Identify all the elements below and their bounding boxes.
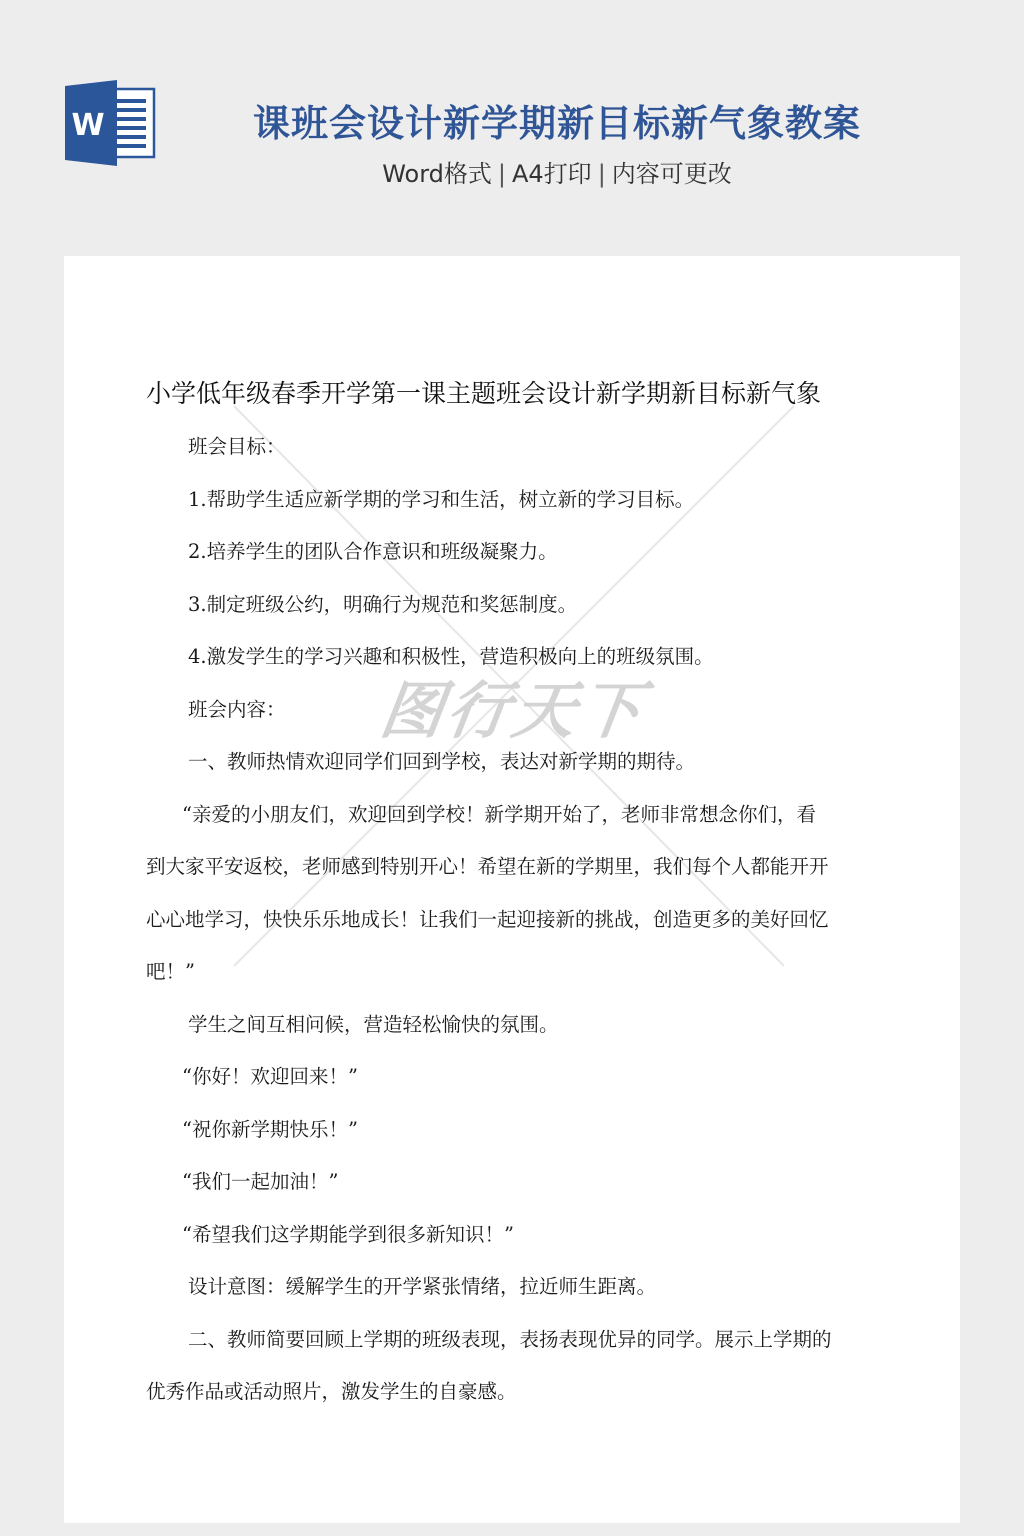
- document-title: 小学低年级春季开学第一课主题班会设计新学期新目标新气象: [146, 374, 886, 410]
- paragraph-line: 心心地学习，快快乐乐地成长！让我们一起迎接新的挑战，创造更多的美好回忆: [146, 904, 881, 932]
- subtitle-editable: 内容可更改: [612, 160, 732, 188]
- goal-item: 1.帮助学生适应新学期的学习和生活，树立新的学习目标。: [146, 484, 881, 512]
- document-page: 图行天下 小学低年级春季开学第一课主题班会设计新学期新目标新气象 班会目标： 1…: [64, 256, 960, 1523]
- content-step-1: 一、教师热情欢迎同学们回到学校，表达对新学期的期待。: [146, 746, 881, 774]
- greeting-quote: “祝你新学期快乐！”: [146, 1114, 881, 1142]
- word-document-icon: W: [64, 80, 156, 166]
- paragraph-line: 优秀作品或活动照片，激发学生的自豪感。: [146, 1376, 881, 1404]
- goal-item: 3.制定班级公约，明确行为规范和奖惩制度。: [146, 589, 881, 617]
- format-subtitle: Word格式|A4打印|内容可更改: [232, 154, 882, 189]
- paragraph-line: 到大家平安返校，老师感到特别开心！希望在新的学期里，我们每个人都能开开: [146, 851, 881, 879]
- paragraph-line: “亲爱的小朋友们，欢迎回到学校！新学期开始了，老师非常想念你们，看: [146, 799, 881, 827]
- greeting-quote: “我们一起加油！”: [146, 1166, 881, 1194]
- svg-text:W: W: [71, 108, 104, 143]
- subtitle-print: A4打印: [512, 160, 592, 188]
- content-step-2: 二、教师简要回顾上学期的班级表现，表扬表现优异的同学。展示上学期的: [146, 1324, 881, 1352]
- greeting-quote: “希望我们这学期能学到很多新知识！”: [146, 1219, 881, 1247]
- greeting-quote: “你好！欢迎回来！”: [146, 1061, 881, 1089]
- goal-item: 2.培养学生的团队合作意识和班级凝聚力。: [146, 536, 881, 564]
- page-title: 课班会设计新学期新目标新气象教案: [232, 93, 882, 147]
- design-intent: 设计意图：缓解学生的开学紧张情绪，拉近师生距离。: [146, 1271, 881, 1299]
- paragraph-line: 吧！”: [146, 956, 881, 984]
- subtitle-format: Word格式: [382, 160, 492, 188]
- page-header: W 课班会设计新学期新目标新气象教案 Word格式|A4打印|内容可更改: [0, 0, 1024, 256]
- subtitle-separator: |: [598, 160, 606, 188]
- section-heading-content: 班会内容：: [146, 694, 881, 722]
- section-heading-goals: 班会目标：: [146, 431, 881, 459]
- goal-item: 4.激发学生的学习兴趣和积极性，营造积极向上的班级氛围。: [146, 641, 881, 669]
- subtitle-separator: |: [498, 160, 506, 188]
- paragraph-line: 学生之间互相问候，营造轻松愉快的氛围。: [146, 1009, 881, 1037]
